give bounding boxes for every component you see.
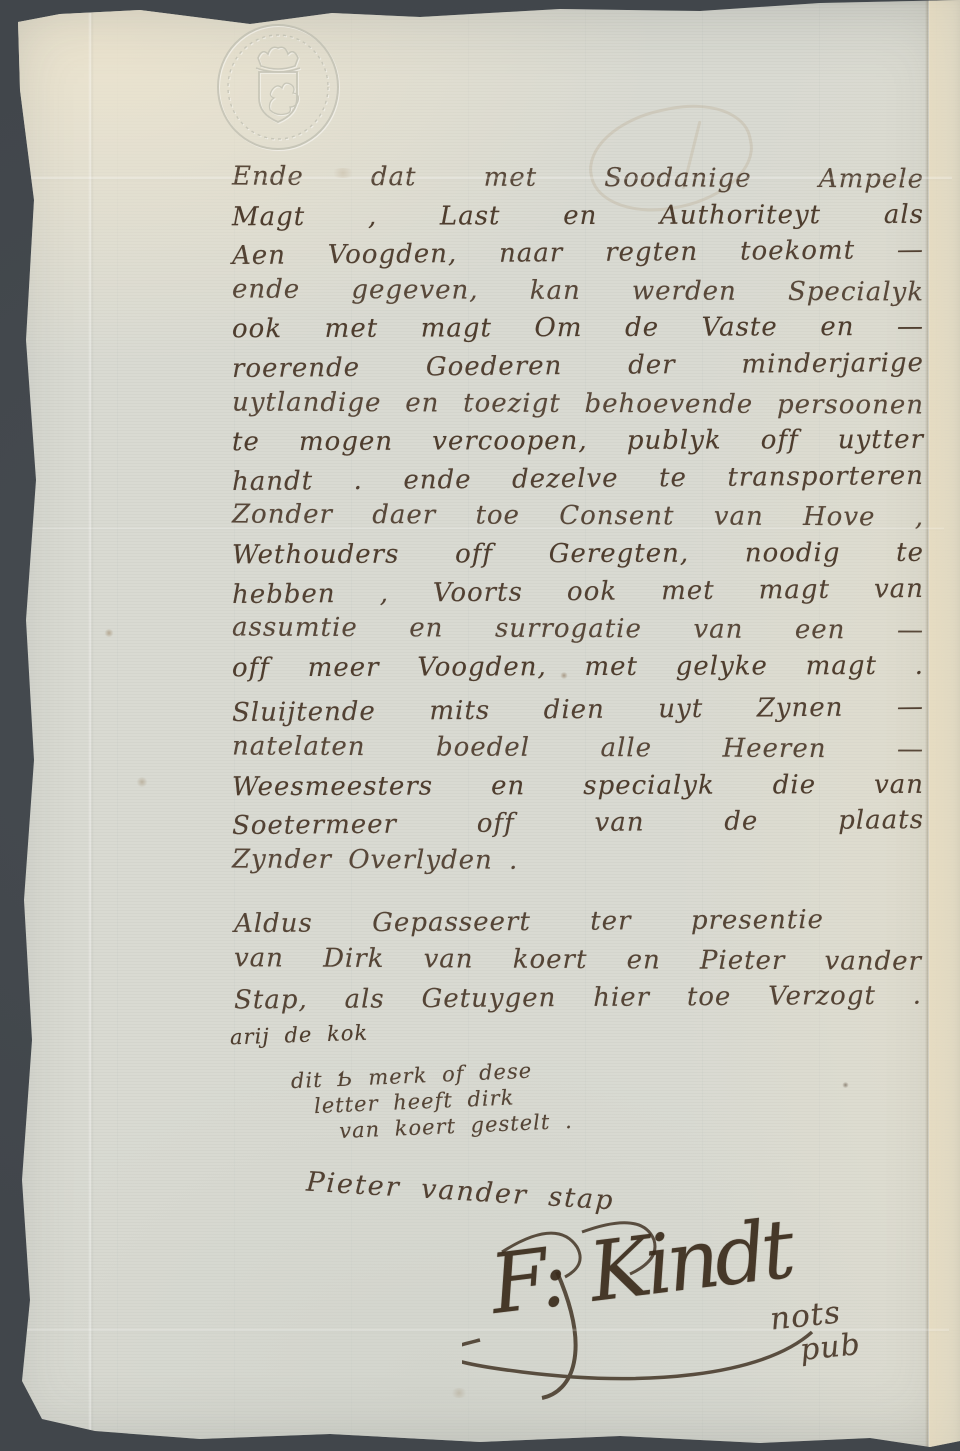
- embossed-seal-icon: [212, 20, 344, 154]
- witness-signature-ary-de-kok: arij de kok: [230, 1021, 369, 1050]
- manuscript-line: Soetermeer off van de plaats: [232, 802, 924, 846]
- manuscript-line: Wethouders off Geregten, noodig te: [232, 535, 924, 575]
- document-page: Ende dat met Soodanige Ampele Magt , Las…: [0, 0, 960, 1451]
- paper-edge-discoloration: [929, 0, 960, 1448]
- manuscript-line: Zynder Overlyden .: [232, 841, 924, 882]
- manuscript-line: te mogen vercoopen, publyk off uytter: [232, 422, 924, 462]
- stain-spot: [560, 672, 568, 679]
- manuscript-line: ende gegeven, kan werden Specialyk: [232, 271, 924, 312]
- manuscript-line: Aldus Gepasseert ter presentie: [234, 901, 824, 943]
- stain-spot: [450, 1388, 468, 1398]
- fold-crease: [14, 527, 944, 531]
- manuscript-body: Ende dat met Soodanige Ampele Magt , Las…: [232, 160, 924, 880]
- fold-crease: [12, 176, 952, 181]
- manuscript-line: off meer Voogden, met gelyke magt .: [232, 648, 924, 688]
- manuscript-line: Weesmeesters en specialyk die van: [232, 766, 924, 806]
- manuscript-line: Aen Voogden, naar regten toekomt —: [232, 232, 924, 276]
- manuscript-line: ook met magt Om de Vaste en —: [232, 309, 924, 349]
- manuscript-line: Zonder daer toe Consent van Hove ,: [232, 497, 924, 538]
- manuscript-line: van Dirk van koert en Pieter vander: [234, 939, 922, 981]
- witness-signature-pieter-vander-stap: Pieter vander stap: [305, 1167, 615, 1217]
- stain-spot: [136, 777, 148, 787]
- manuscript-line: roerende Goederen der minderjarige: [232, 345, 924, 389]
- closing-clause: Aldus Gepasseert ter presentie van Dirk …: [234, 903, 922, 1017]
- stain-spot: [330, 168, 356, 178]
- manuscript-line: Stap, als Getuygen hier toe Verzogt .: [234, 977, 922, 1020]
- manuscript-line: assumtie en surrogatie van een —: [232, 610, 924, 651]
- notary-signature-block: F: Kindt nots pub: [462, 1212, 922, 1412]
- manuscript-line: Sluijtende mits dien uyt Zynen —: [232, 689, 924, 733]
- fold-crease: [88, 10, 94, 1430]
- stain-spot: [104, 629, 114, 637]
- manuscript-line: hebben , Voorts ook met magt van: [232, 571, 924, 615]
- manuscript-line: natelaten boedel alle Heeren —: [232, 728, 924, 769]
- mark-statement: dit Ƅ merk of dese letter heeft dirk van…: [290, 1056, 573, 1146]
- scan-background: Ende dat met Soodanige Ampele Magt , Las…: [0, 0, 960, 1451]
- fold-crease: [14, 1328, 949, 1333]
- manuscript-line: uytlandige en toezigt behoevende persoon…: [232, 384, 924, 425]
- manuscript-line: Magt , Last en Authoriteyt als: [232, 196, 924, 236]
- stain-spot: [842, 1082, 849, 1088]
- manuscript-line: handt . ende dezelve te transporteren: [232, 458, 924, 502]
- notary-title: pub: [798, 1327, 862, 1368]
